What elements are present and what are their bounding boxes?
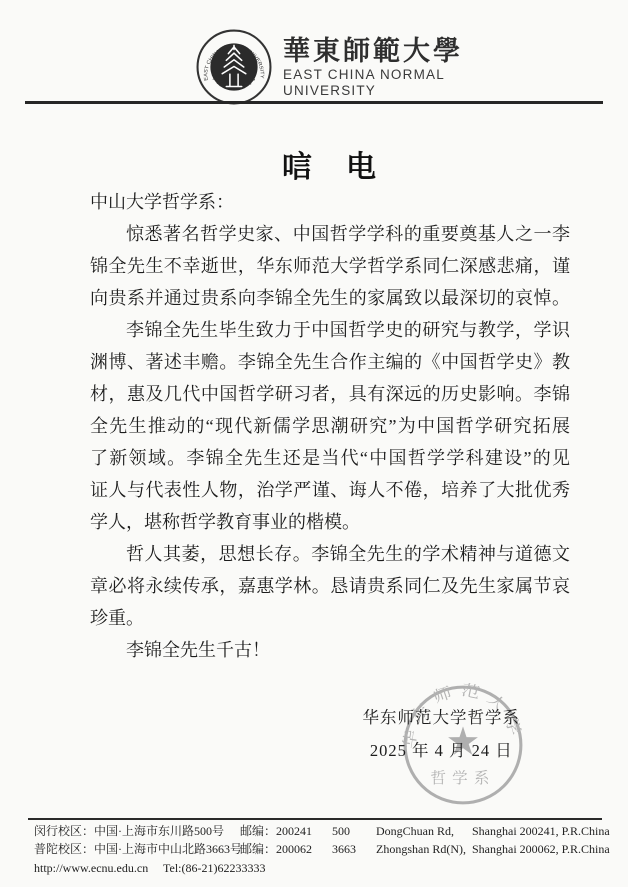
body-line: 锦全先生不幸逝世，华东师范大学哲学系同仁深感悲痛，谨	[90, 250, 570, 282]
zip-label: 邮编：	[240, 841, 276, 859]
body-line: 渊博、著述丰赡。李锦全先生合作主编的《中国哲学史》教	[90, 346, 570, 378]
city-en: Shanghai 200241, P.R.China	[472, 823, 610, 841]
zip-code: 200062	[276, 841, 332, 859]
road-en: Zhongshan Rd(N),	[376, 841, 472, 859]
signature-date: 2025 年 4 月 24 日	[363, 734, 521, 767]
body-line: 惊悉著名哲学史家、中国哲学学科的重要奠基人之一李	[90, 218, 570, 250]
zip-label: 邮编：	[240, 823, 276, 841]
website-url: http://www.ecnu.edu.cn	[34, 861, 148, 875]
body-line: 向贵系并通过贵系向李锦全先生的家属致以最深切的哀悼。	[90, 282, 570, 314]
body-line: 章必将永续传承，嘉惠学林。恳请贵系同仁及先生家属节哀	[90, 570, 570, 602]
body-line: 了新领域。李锦全先生还是当代“中国哲学学科建设”的见	[90, 442, 570, 474]
footer-contact-line: http://www.ecnu.edu.cn Tel:(86-21)622333…	[34, 859, 602, 877]
footer: 闵行校区：中国·上海市东川路500号 邮编： 200241 500 DongCh…	[34, 823, 602, 877]
header-divider	[25, 101, 603, 104]
street-number-en: 3663	[332, 841, 376, 859]
ecnu-seal-logo-icon: EAST CHINA NORMAL UNIVERSITY 华东师范大学	[196, 29, 272, 105]
road-en: DongChuan Rd,	[376, 823, 472, 841]
body-line: 哲人其萎，思想长存。李锦全先生的学术精神与道德文	[90, 538, 570, 570]
footer-divider	[28, 818, 602, 820]
body-line: 材，惠及几代中国哲学研习者，具有深远的历史影响。李锦	[90, 378, 570, 410]
body-line: 全先生推动的“现代新儒学思潮研究”为中国哲学研究拓展	[90, 410, 570, 442]
university-name-en-line1: EAST CHINA NORMAL	[283, 67, 463, 83]
letter-title: 唁 电	[90, 142, 570, 186]
street-number-en: 500	[332, 823, 376, 841]
footer-campus-rows: 闵行校区：中国·上海市东川路500号 邮编： 200241 500 DongCh…	[34, 823, 602, 858]
zip-code: 200241	[276, 823, 332, 841]
letter-page: EAST CHINA NORMAL UNIVERSITY 华东师范大学 華東師範…	[0, 0, 628, 887]
body-line: 李锦全先生毕生致力于中国哲学史的研究与教学，学识	[90, 314, 570, 346]
signature-block: 华东师范大学哲学系 2025 年 4 月 24 日	[363, 701, 521, 767]
seal-bottom-text: 哲学系	[430, 769, 495, 787]
body-line: 证人与代表性人物，治学严谨、诲人不倦，培养了大批优秀	[90, 474, 570, 506]
campus-address-cn: 闵行校区：中国·上海市东川路500号	[34, 823, 240, 841]
letter-body: 中山大学哲学系： 惊悉著名哲学史家、中国哲学学科的重要奠基人之一李 锦全先生不幸…	[90, 186, 570, 666]
salutation: 中山大学哲学系：	[90, 186, 570, 218]
footer-campus-row: 普陀校区：中国·上海市中山北路3663号 邮编： 200062 3663 Zho…	[34, 841, 602, 859]
university-wordmark: 華東師範大學 EAST CHINA NORMAL UNIVERSITY	[283, 35, 463, 99]
footer-campus-row: 闵行校区：中国·上海市东川路500号 邮编： 200241 500 DongCh…	[34, 823, 602, 841]
university-name-en-line2: UNIVERSITY	[283, 83, 463, 99]
body-line: 李锦全先生千古！	[90, 634, 570, 666]
telephone: Tel:(86-21)62233333	[163, 861, 265, 875]
signature-name: 华东师范大学哲学系	[363, 701, 521, 734]
body-paragraph-lines: 惊悉著名哲学史家、中国哲学学科的重要奠基人之一李 锦全先生不幸逝世，华东师范大学…	[90, 218, 570, 666]
campus-address-cn: 普陀校区：中国·上海市中山北路3663号	[34, 841, 240, 859]
body-line: 珍重。	[90, 602, 570, 634]
city-en: Shanghai 200062, P.R.China	[472, 841, 610, 859]
letterhead: EAST CHINA NORMAL UNIVERSITY 华东师范大学 華東師範…	[196, 29, 463, 105]
university-name-cn: 華東師範大學	[283, 35, 463, 67]
body-line: 学人，堪称哲学教育事业的楷模。	[90, 506, 570, 538]
